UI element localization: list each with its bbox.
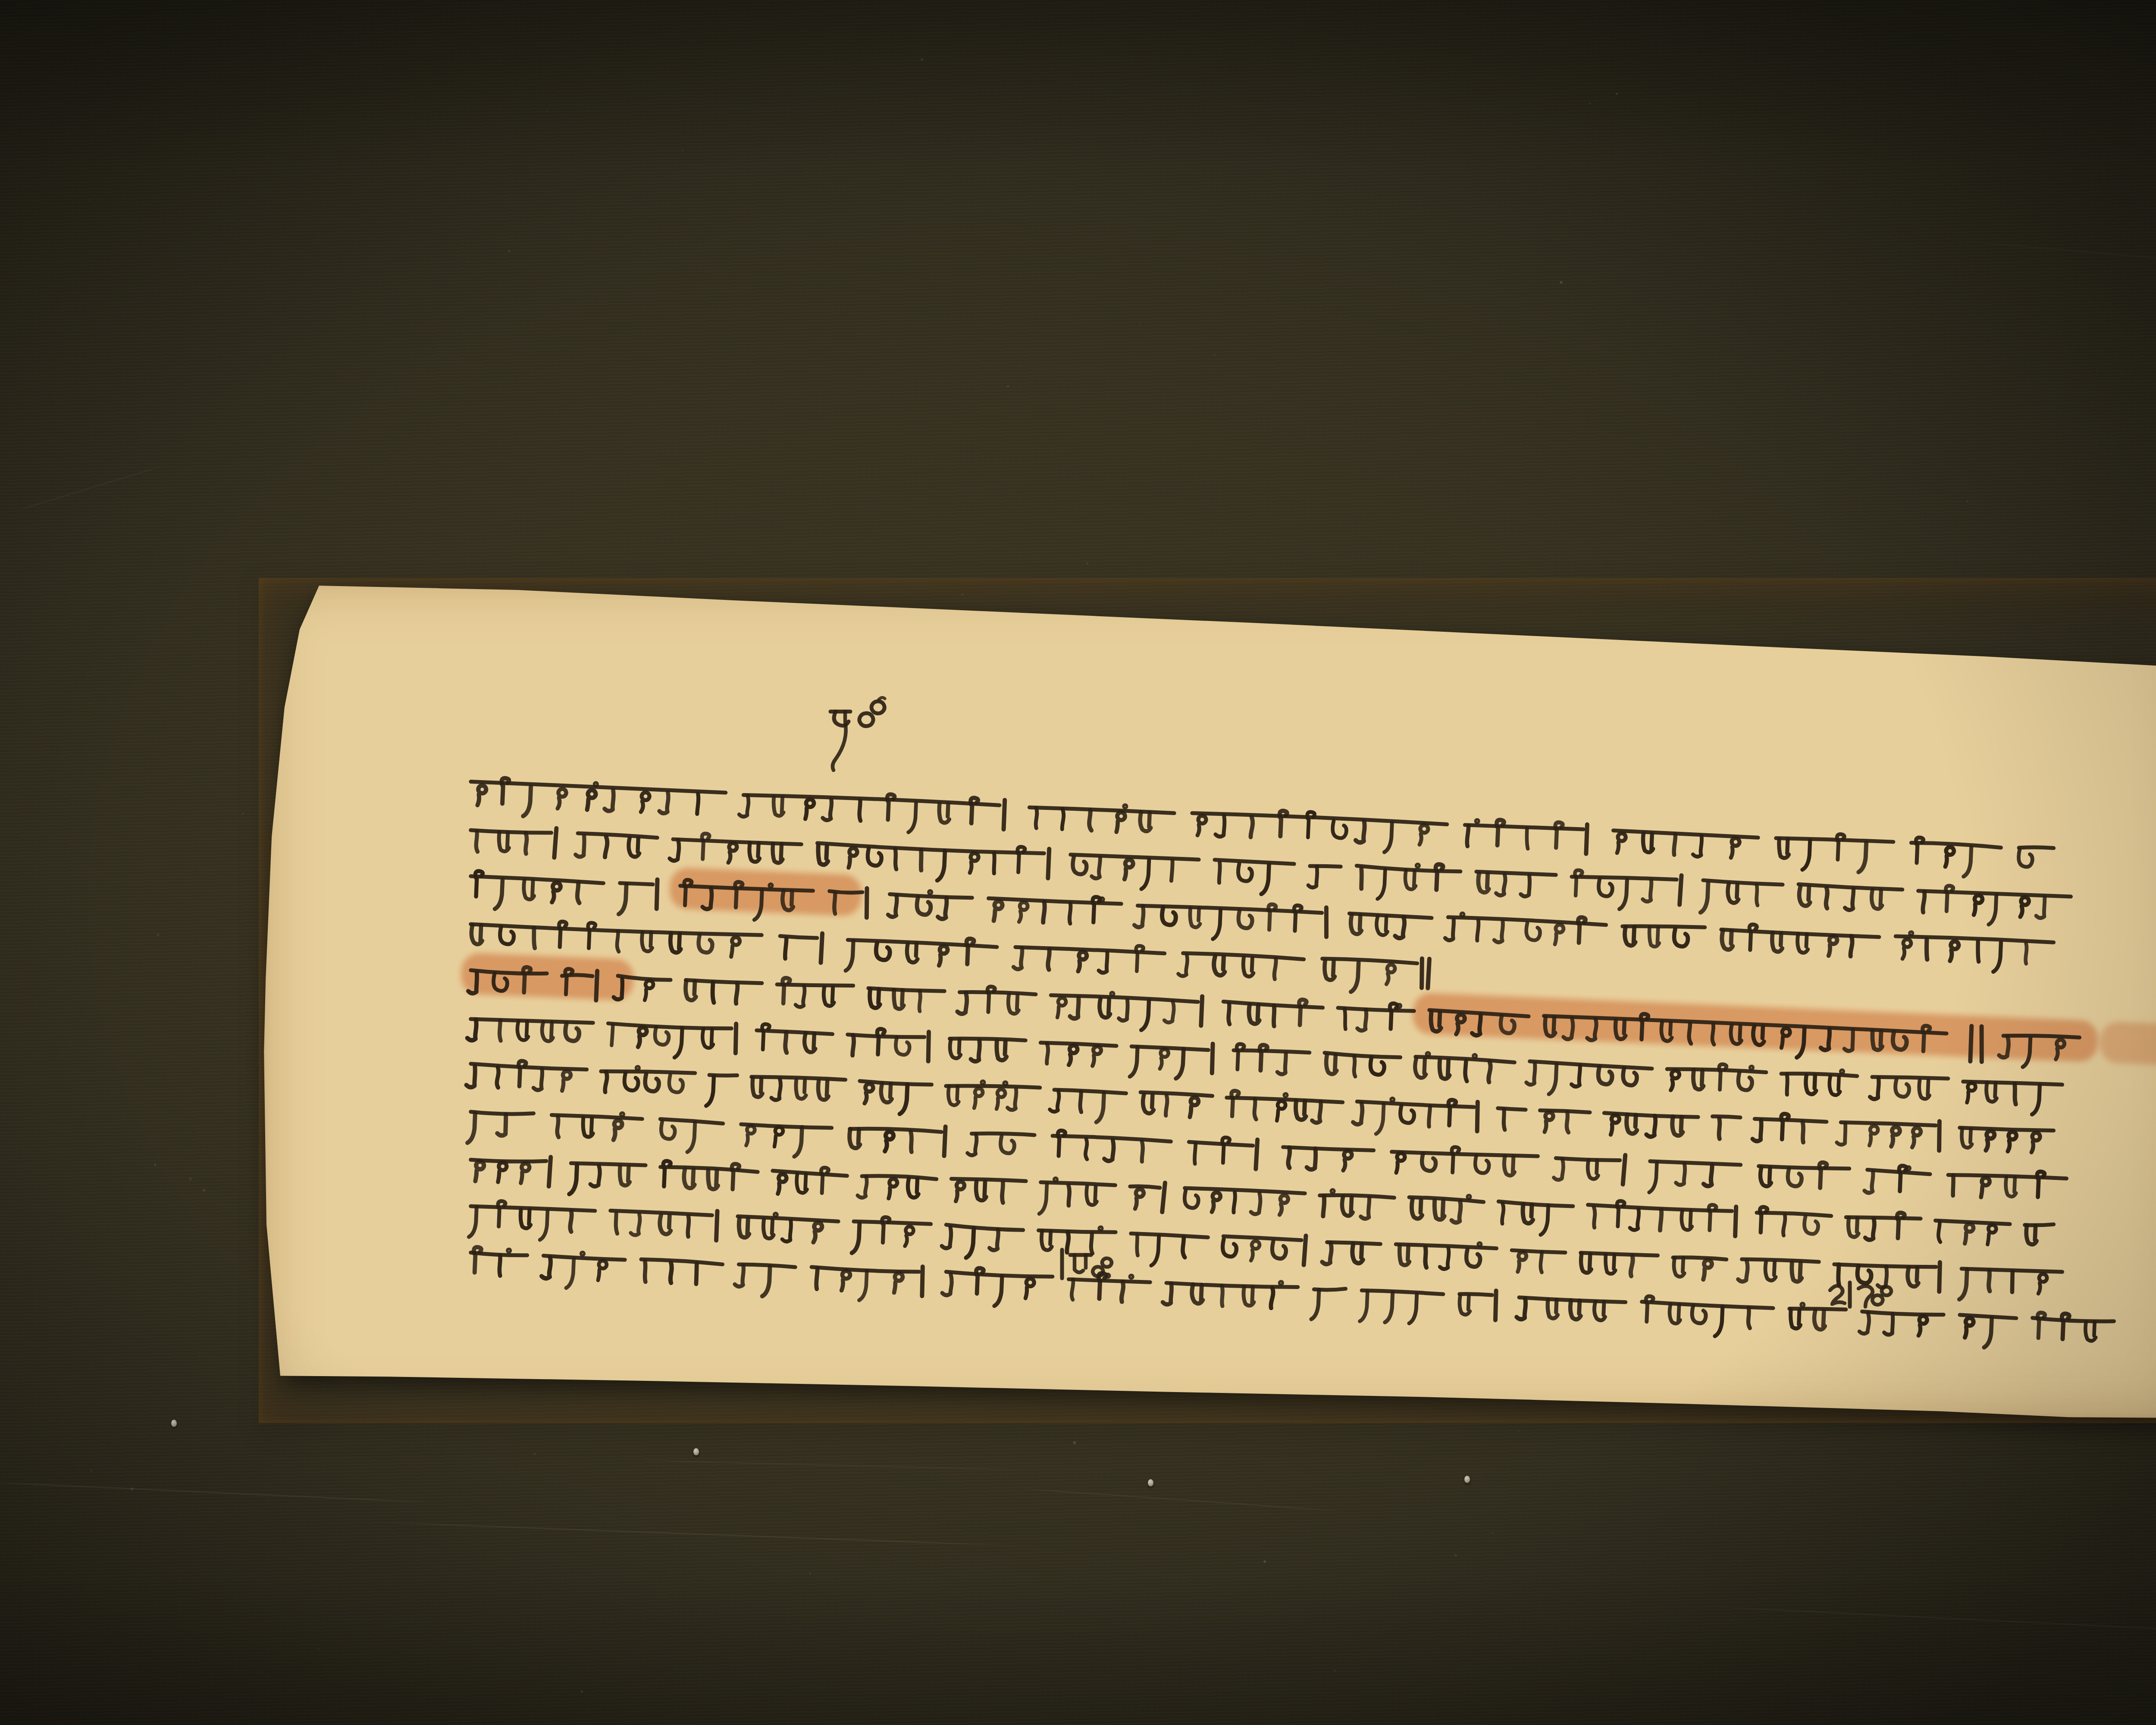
margin-mark-bottom-left: মি৪ [1060, 1245, 1125, 1295]
pin [1148, 1479, 1153, 1487]
manuscript-page: সু৪ ঠীকাহাইমমর্থঞ্চ সর্ব্বদুঃখানিচবহ। এন… [259, 578, 2156, 1423]
photo-scene: সু৪ ঠীকাহাইমমর্থঞ্চ সর্ব্বদুঃখানিচবহ। এন… [0, 0, 2156, 1725]
pin [693, 1448, 699, 1455]
pin [171, 1420, 177, 1427]
margin-mark-bottom-right: ২৷৭৪ [1827, 1277, 1901, 1320]
manuscript-paper: সু৪ ঠীকাহাইমমর্থঞ্চ সর্ব্বদুঃখানিচবহ। এন… [259, 578, 2156, 1423]
pin [1464, 1476, 1470, 1483]
folio-number-top: সু৪ [827, 693, 892, 781]
rubric-highlight [2099, 1021, 2156, 1066]
